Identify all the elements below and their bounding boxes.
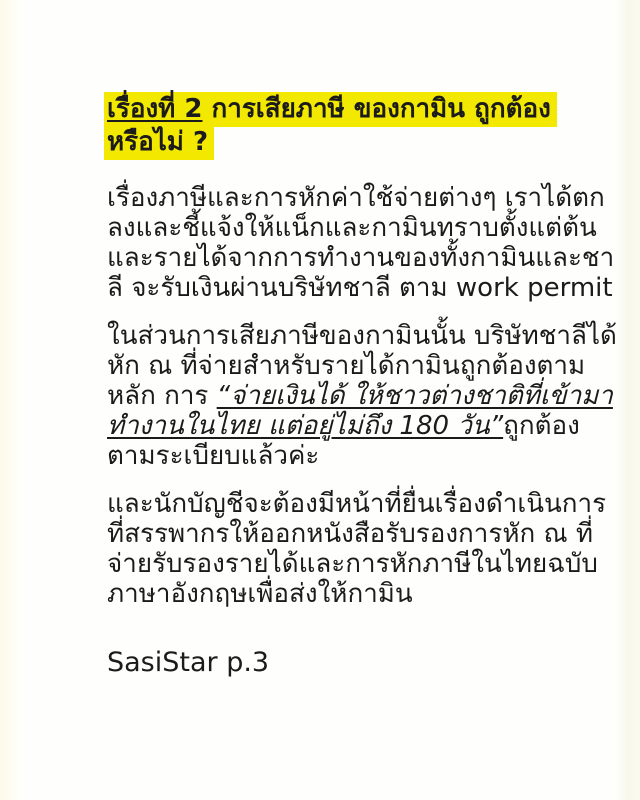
title-line: หรือไม่ ? — [107, 126, 580, 159]
text-segment: หัก ณ ที่จ่ายสำหรับรายได้กามินถูกต้องตาม — [107, 351, 585, 381]
text-line: และรายได้จากการทำงานของทั้งกามินและชา — [107, 243, 580, 273]
text-segment: เรื่องภาษีและการหักค่าใช้จ่ายต่างๆ เราได… — [107, 183, 605, 213]
text-segment: จ่ายรับรองรายได้และการหักภาษีในไทยฉบับ — [107, 549, 598, 579]
text-segment: ที่สรรพากรให้ออกหนังสือรับรองการหัก ณ ที… — [107, 519, 593, 549]
text-segment: และนักบัญชีจะต้องมีหน้าที่ยื่นเรื่องดำเน… — [107, 489, 606, 519]
text-segment: การเสียภาษี ของกามิน ถูกต้อง — [202, 94, 550, 124]
text-line: และนักบัญชีจะต้องมีหน้าที่ยื่นเรื่องดำเน… — [107, 489, 580, 519]
text-segment: ถูกต้อง — [503, 411, 580, 441]
text-segment: ลงและชี้แจ้งให้แน็กและกามินทราบตั้งแต่ต้… — [107, 213, 597, 243]
document-page: เรื่องที่ 2 การเสียภาษี ของกามิน ถูกต้อง… — [0, 0, 640, 800]
text-line: ลงและชี้แจ้งให้แน็กและกามินทราบตั้งแต่ต้… — [107, 213, 580, 243]
text-segment: หลัก การ — [107, 381, 217, 411]
text-segment: และรายได้จากการทำงานของทั้งกามินและชา — [107, 243, 614, 273]
text-segment: ตามระเบียบแล้วค่ะ — [107, 441, 319, 471]
text-line: หัก ณ ที่จ่ายสำหรับรายได้กามินถูกต้องตาม — [107, 351, 580, 381]
page-title: เรื่องที่ 2 การเสียภาษี ของกามิน ถูกต้อง… — [107, 93, 580, 159]
text-segment: ทำงานในไทย แต่อยู่ไม่ถึง 180 วัน” — [107, 411, 503, 441]
text-line: ที่สรรพากรให้ออกหนังสือรับรองการหัก ณ ที… — [107, 519, 580, 549]
footer-credit: SasiStar p.3 — [107, 647, 580, 679]
text-line: ภาษาอังกฤษเพื่อส่งให้กามิน — [107, 579, 580, 609]
text-segment: ในส่วนการเสียภาษีของกามินนั้น บริษัทชาลี… — [107, 321, 617, 351]
body-paragraph-2: ในส่วนการเสียภาษีของกามินนั้น บริษัทชาลี… — [107, 321, 580, 471]
text-segment: ภาษาอังกฤษเพื่อส่งให้กามิน — [107, 579, 413, 609]
text-segment: ลี จะรับเงินผ่านบริษัทชาลี ตาม work perm… — [107, 273, 613, 303]
document-body: เรื่องภาษีและการหักค่าใช้จ่ายต่างๆ เราได… — [107, 183, 580, 609]
highlight: เรื่องที่ 2 การเสียภาษี ของกามิน ถูกต้อง — [104, 92, 557, 127]
text-line: ในส่วนการเสียภาษีของกามินนั้น บริษัทชาลี… — [107, 321, 580, 351]
text-line: เรื่องภาษีและการหักค่าใช้จ่ายต่างๆ เราได… — [107, 183, 580, 213]
text-line: ลี จะรับเงินผ่านบริษัทชาลี ตาม work perm… — [107, 273, 580, 303]
text-line: จ่ายรับรองรายได้และการหักภาษีในไทยฉบับ — [107, 549, 580, 579]
text-line: ทำงานในไทย แต่อยู่ไม่ถึง 180 วัน”ถูกต้อง — [107, 411, 580, 441]
text-line: หลัก การ “จ่ายเงินได้ ให้ชาวต่างชาติที่เ… — [107, 381, 580, 411]
title-line: เรื่องที่ 2 การเสียภาษี ของกามิน ถูกต้อง — [107, 93, 580, 126]
body-paragraph-3: และนักบัญชีจะต้องมีหน้าที่ยื่นเรื่องดำเน… — [107, 489, 580, 609]
text-line: ตามระเบียบแล้วค่ะ — [107, 441, 580, 471]
body-paragraph-1: เรื่องภาษีและการหักค่าใช้จ่ายต่างๆ เราได… — [107, 183, 580, 303]
document-content: เรื่องที่ 2 การเสียภาษี ของกามิน ถูกต้อง… — [0, 0, 640, 679]
text-segment: “จ่ายเงินได้ ให้ชาวต่างชาติที่เข้ามา — [217, 381, 613, 411]
text-segment: เรื่องที่ 2 — [107, 94, 202, 124]
highlight: หรือไม่ ? — [104, 125, 214, 160]
text-segment: หรือไม่ ? — [107, 127, 208, 157]
